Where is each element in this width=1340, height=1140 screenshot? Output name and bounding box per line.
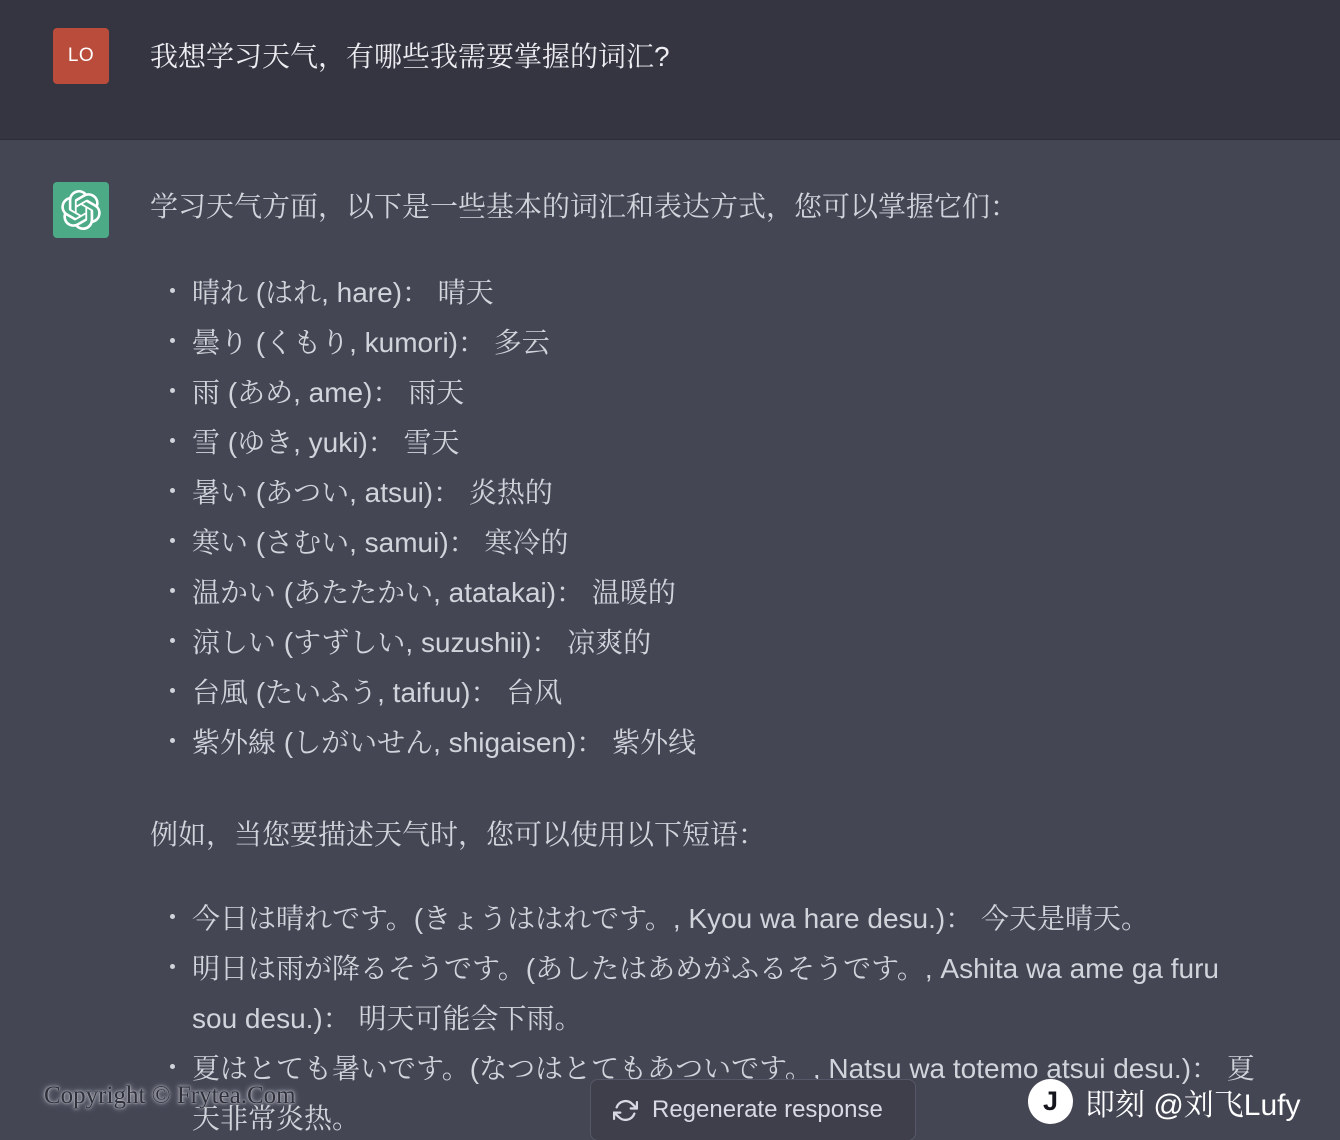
jike-watermark: J 即刻 @刘飞Lufy — [1028, 1079, 1301, 1124]
user-message-text: 我想学习天气，有哪些我需要掌握的词汇? — [150, 28, 1270, 139]
vocab-item: 雨 (あめ, ame)： 雨天 — [150, 368, 1270, 418]
vocab-item: 紫外線 (しがいせん, shigaisen)： 紫外线 — [150, 718, 1270, 768]
vocab-item: 暑い (あつい, atsui)： 炎热的 — [150, 468, 1270, 518]
refresh-icon — [613, 1098, 638, 1123]
openai-logo-icon — [61, 190, 101, 230]
example-intro: 例如，当您要描述天气时，您可以使用以下短语： — [150, 810, 1270, 860]
vocab-item: 寒い (さむい, samui)： 寒冷的 — [150, 518, 1270, 568]
jike-logo-icon: J — [1028, 1079, 1073, 1124]
regenerate-button[interactable]: Regenerate response — [590, 1079, 916, 1140]
vocab-item: 晴れ (はれ, hare)： 晴天 — [150, 268, 1270, 318]
vocab-item: 温かい (あたたかい, atatakai)： 温暖的 — [150, 568, 1270, 618]
jike-watermark-text: 即刻 @刘飞Lufy — [1085, 1080, 1301, 1124]
regenerate-button-label: Regenerate response — [652, 1096, 883, 1124]
example-item: 明日は雨が降るそうです。(あしたはあめがふるそうです。, Ashita wa a… — [150, 944, 1270, 1044]
assistant-message-row: 学习天气方面，以下是一些基本的词汇和表达方式，您可以掌握它们： 晴れ (はれ, … — [0, 140, 1340, 1140]
user-message-row: LO 我想学习天气，有哪些我需要掌握的词汇? — [0, 0, 1340, 140]
assistant-message-body: 学习天气方面，以下是一些基本的词汇和表达方式，您可以掌握它们： 晴れ (はれ, … — [150, 182, 1270, 1140]
assistant-intro: 学习天气方面，以下是一些基本的词汇和表达方式，您可以掌握它们： — [150, 182, 1270, 232]
copyright-watermark: Copyright © Frytea.Com — [44, 1080, 296, 1112]
vocab-item: 雪 (ゆき, yuki)： 雪天 — [150, 418, 1270, 468]
vocab-item: 台風 (たいふう, taifuu)： 台风 — [150, 668, 1270, 718]
vocab-item: 曇り (くもり, kumori)： 多云 — [150, 318, 1270, 368]
chat-page: LO 我想学习天气，有哪些我需要掌握的词汇? 学习天气方面，以下是一些基本的词汇… — [0, 0, 1340, 1140]
vocab-list: 晴れ (はれ, hare)： 晴天 曇り (くもり, kumori)： 多云 雨… — [150, 268, 1270, 768]
user-avatar: LO — [53, 28, 109, 84]
vocab-item: 涼しい (すずしい, suzushii)： 凉爽的 — [150, 618, 1270, 668]
example-item: 今日は晴れです。(きょうははれです。, Kyou wa hare desu.)：… — [150, 894, 1270, 944]
chatgpt-avatar — [53, 182, 109, 238]
